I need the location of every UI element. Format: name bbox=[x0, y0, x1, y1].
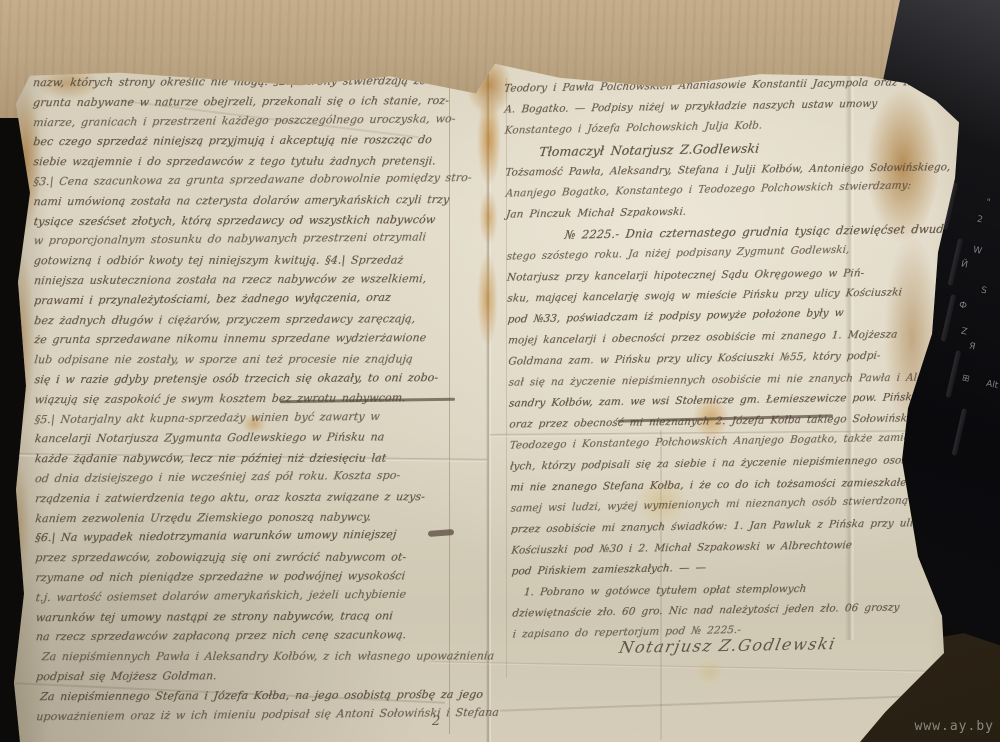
handwritten-line: kancelarji Notarjusza Zygmunta Godlewski… bbox=[34, 432, 385, 445]
handwritten-line: mi nie znanego Stefana Kołba, i że co do… bbox=[510, 477, 943, 493]
handwritten-line: gotowizną i odbiór kwoty tej niniejszym … bbox=[33, 255, 404, 267]
handwritten-line: sku, mającej kancelarję swoją w mieście … bbox=[507, 287, 903, 304]
handwritten-line: kaniem zezwolenia Urzędu Ziemskiego pono… bbox=[35, 511, 372, 524]
handwritten-line: rządzenia i zatwierdzenia tego aktu, ora… bbox=[35, 491, 426, 504]
handwritten-line: Teodory i Pawła Polchowskich Ananiasowie… bbox=[503, 77, 939, 94]
handwritten-line: bec czego sprzedaż niniejszą przyjmują i… bbox=[33, 134, 433, 147]
keyboard-key: ⊞ bbox=[961, 373, 970, 384]
handwritten-line: Goldmana zam. w Pińsku przy ulicy Kościu… bbox=[508, 351, 881, 367]
handwritten-line: oraz przez obecność mi nieznanych 2. Józ… bbox=[509, 413, 934, 430]
handwritten-line: mojej kancelarji i obecności przez osobi… bbox=[507, 329, 898, 346]
handwritten-line: grunta nabywane w naturze obejrzeli, prz… bbox=[32, 95, 449, 108]
handwritten-line: Za niepiśmiennego Stefana i Józefa Kołba… bbox=[40, 689, 484, 702]
handwritten-line: w proporcjonalnym stosunku do nabywanych… bbox=[33, 232, 426, 247]
handwritten-line: 1. Pobrano w gotówce tytułem opłat stemp… bbox=[523, 584, 806, 598]
handwritten-line: niniejsza uskuteczniona została na rzecz… bbox=[33, 273, 427, 286]
stain-blot bbox=[6, 460, 30, 590]
handwritten-line: przez sprzedawców, zobowiązują się oni z… bbox=[35, 552, 407, 564]
handwritten-line: §5.| Notarjalny akt kupna-sprzedaży wini… bbox=[34, 410, 380, 424]
watermark: www.ay.by bbox=[915, 719, 994, 734]
document-sheet: nazw, których strony określić nie mogą. … bbox=[0, 0, 1000, 742]
handwritten-line: prawami i przynależytościami, bez żadneg… bbox=[33, 291, 391, 305]
handwritten-line: rzymane od nich pieniądze sprzedażne w p… bbox=[35, 570, 406, 583]
handwritten-line: Jan Pinczuk Michał Szpakowski. bbox=[505, 207, 686, 220]
handwritten-line: Ananjego Bogatko, Konstantego i Teodozeg… bbox=[505, 180, 911, 199]
handwritten-line: bez żadnych długów i ciężarów, przyczem … bbox=[34, 313, 416, 326]
keyboard-key-ridge bbox=[952, 408, 968, 456]
handwritten-line: № 2225.- Dnia czternastego grudnia tysią… bbox=[564, 223, 965, 241]
handwritten-line: Kościuszki pod №30 i 2. Michał Szpakowsk… bbox=[511, 540, 853, 556]
handwritten-line: się i w razie gdyby pretensje osób trzec… bbox=[34, 372, 439, 385]
handwritten-line: Tożsamość Pawła, Aleksandry, Stefana i J… bbox=[505, 162, 951, 178]
handwritten-line: §3.| Cena szacunkowa za grunta sprzedawa… bbox=[33, 172, 473, 187]
handwritten-line: na rzecz sprzedawców zapłaconą przez nic… bbox=[35, 630, 407, 643]
handwritten-line: Tłomaczył Notarjusz Z.Godlewski bbox=[538, 143, 759, 159]
handwritten-line: Teodozego i Konstantego Połchowskich Ana… bbox=[509, 432, 938, 451]
handwritten-line: Konstantego i Józefa Polchowskich Julja … bbox=[504, 120, 763, 136]
handwritten-line: od dnia dzisiejszego i nie wcześniej zaś… bbox=[34, 470, 401, 485]
handwritten-line: tysiące sześćset złotych, którą sprzedaw… bbox=[33, 214, 436, 227]
handwritten-line: upoważnieniem oraz iż w ich imieniu podp… bbox=[36, 706, 500, 721]
handwritten-line: §6.| Na wypadek niedotrzymania warunków … bbox=[35, 529, 397, 543]
handwritten-line: warunków tej umowy nastąpi ze strony nab… bbox=[35, 610, 393, 623]
handwritten-line: Notarjusz przy kancelarji hipotecznej Są… bbox=[506, 268, 864, 283]
stain-blot bbox=[477, 92, 501, 187]
handwritten-line: pod №33, poświadczam iż podpisy powyże p… bbox=[507, 308, 844, 325]
paper-crease bbox=[500, 694, 940, 711]
handwritten-line: A. Bogatko. — Podpisy niżej w przykładzi… bbox=[504, 99, 878, 115]
handwritten-line: nami umówioną została na czterysta dolar… bbox=[33, 194, 450, 207]
handwritten-line: sandry Kołbów, zam. we wsi Stołemicze gm… bbox=[508, 392, 935, 409]
handwritten-line: lub odpisane nie zostały, w sporze ani t… bbox=[34, 354, 413, 366]
handwritten-line: t.j. wartość osiemset dolarów amerykańsk… bbox=[35, 588, 407, 603]
handwritten-line: siebie wzajemnie i do sprzedawców z tego… bbox=[33, 156, 437, 168]
stain-blot bbox=[5, 248, 35, 433]
right-page-lines: Teodory i Pawła Polchowskich Ananiasowie… bbox=[503, 77, 960, 684]
stain-blot bbox=[477, 252, 498, 347]
photo-of-handwritten-document: "2WЙSФZЯ⊞Alt nazw, których strony określ… bbox=[0, 0, 1000, 742]
handwritten-line: dziewiętnaście zło. 60 gro. Nic nad nale… bbox=[512, 602, 900, 619]
page-number: 2 bbox=[432, 714, 440, 729]
handwritten-line: podpisał się Mojżesz Goldman. bbox=[35, 670, 217, 682]
keyboard-key-ridge bbox=[941, 294, 957, 342]
handwritten-line: Za niepiśmiennych Pawła i Aleksandry Koł… bbox=[41, 650, 494, 662]
keyboard-key: W bbox=[972, 245, 983, 257]
handwritten-line: że grunta sprzedawane nikomu innemu sprz… bbox=[34, 332, 427, 345]
handwritten-line: pod Pińskiem zamieszkałych. — — bbox=[511, 563, 706, 577]
handwritten-line: sał się na życzenie niepiśmiennych osobi… bbox=[508, 372, 933, 388]
handwritten-line: każde żądanie nabywców, lecz nie później… bbox=[34, 453, 387, 465]
handwritten-line: miarze, granicach i przestrzeni każdego … bbox=[33, 113, 457, 128]
handwritten-line: stego szóstego roku. Ja niżej podpisany … bbox=[506, 245, 850, 262]
keyboard-key-ridge bbox=[946, 350, 962, 398]
stain-blot bbox=[479, 190, 498, 245]
handwritten-line: samej wsi ludzi, wyżej wymienionych mi n… bbox=[510, 495, 952, 514]
handwritten-line: łych, którzy podpisali się za siebie i n… bbox=[509, 455, 933, 472]
notary-signature: Notarjusz Z.Godlewski bbox=[618, 634, 838, 657]
left-page-lines: nazw, których strony określić nie mogą. … bbox=[32, 75, 467, 739]
handwritten-line: przez osobiście mi znanych świadków: 1. … bbox=[510, 518, 925, 535]
